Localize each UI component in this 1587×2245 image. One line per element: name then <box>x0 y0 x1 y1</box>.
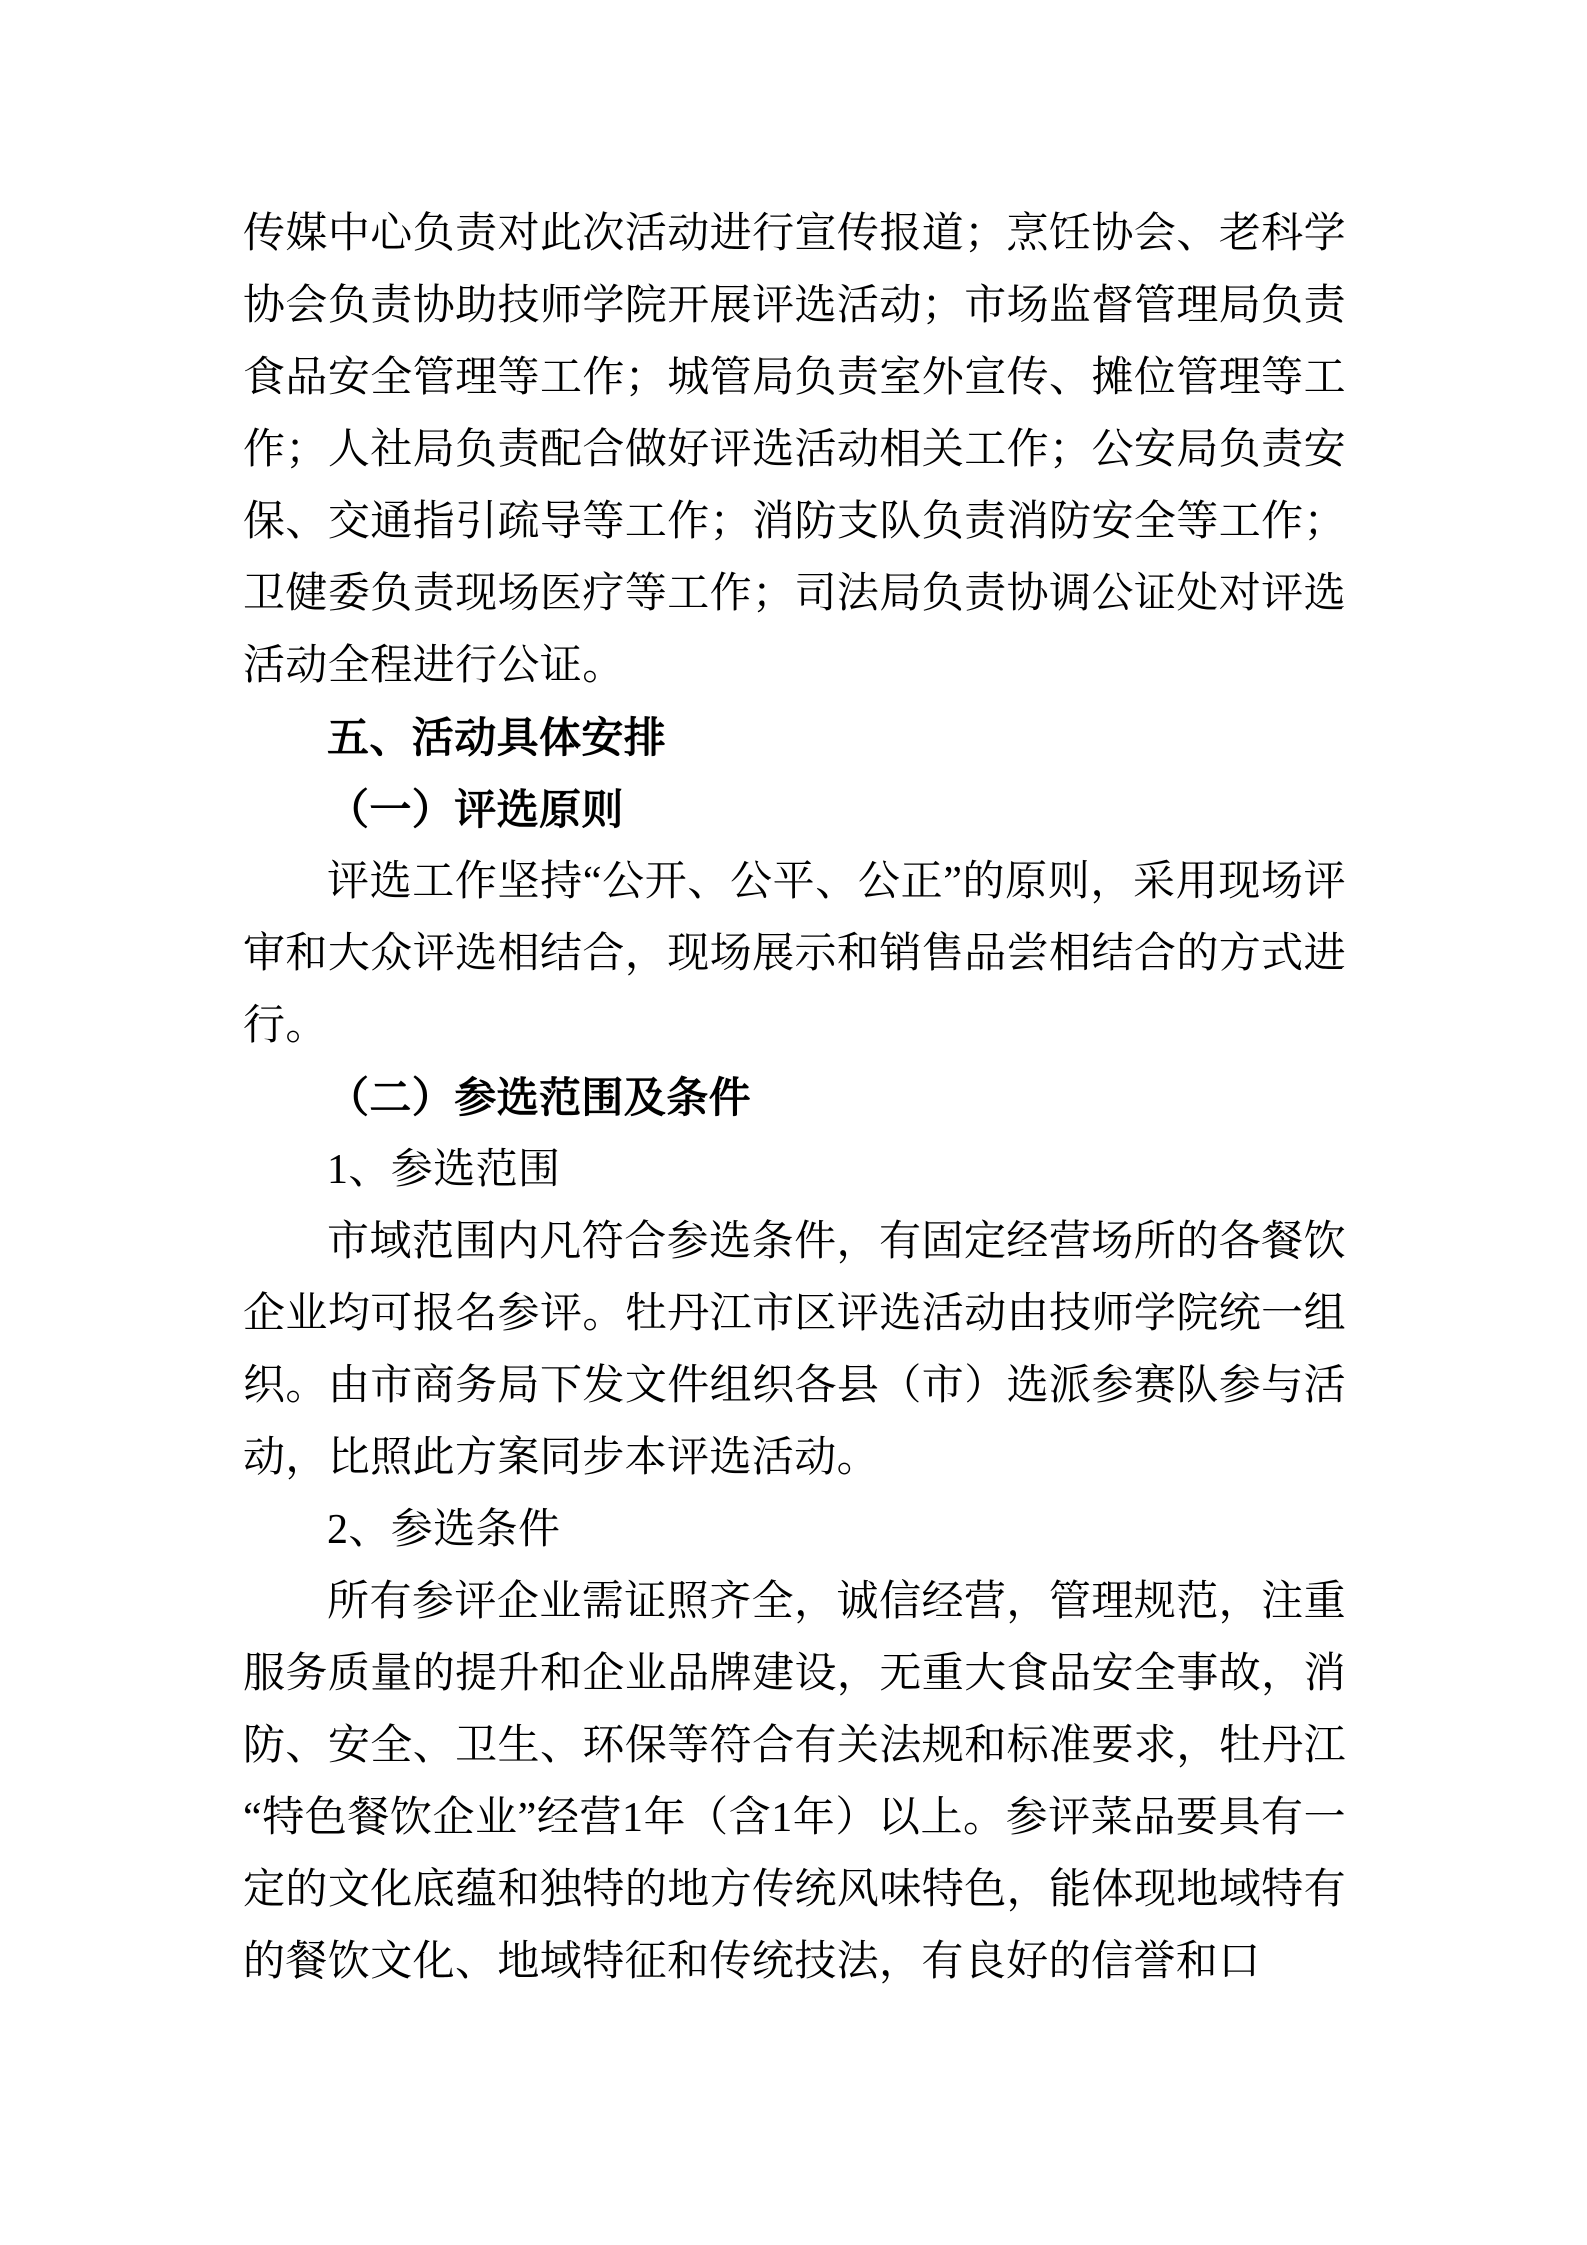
heading-subsection-two-scope-and-conditions: （二）参选范围及条件 <box>243 1062 1346 1134</box>
paragraph-selection-principles: 评选工作坚持“公开、公平、公正”的原则，采用现场评审和大众评选相结合，现场展示和… <box>243 846 1346 1062</box>
heading-subsection-one-selection-principles: （一）评选原则 <box>243 774 1346 846</box>
document-page: 传媒中心负责对此次活动进行宣传报道；烹饪协会、老科学协会负责协助技师学院开展评选… <box>0 0 1587 2245</box>
item-2-selection-conditions: 2、参选条件 <box>243 1494 1346 1566</box>
paragraph-selection-scope: 市域范围内凡符合参选条件，有固定经营场所的各餐饮企业均可报名参评。牡丹江市区评选… <box>243 1206 1346 1494</box>
paragraph-selection-conditions: 所有参评企业需证照齐全，诚信经营，管理规范，注重服务质量的提升和企业品牌建设，无… <box>243 1566 1346 1998</box>
text-block: 传媒中心负责对此次活动进行宣传报道；烹饪协会、老科学协会负责协助技师学院开展评选… <box>243 198 1346 1998</box>
heading-section-five-activity-arrangement: 五、活动具体安排 <box>243 702 1346 774</box>
item-1-selection-scope: 1、参选范围 <box>243 1134 1346 1206</box>
paragraph-responsibilities-continuation: 传媒中心负责对此次活动进行宣传报道；烹饪协会、老科学协会负责协助技师学院开展评选… <box>243 198 1346 702</box>
